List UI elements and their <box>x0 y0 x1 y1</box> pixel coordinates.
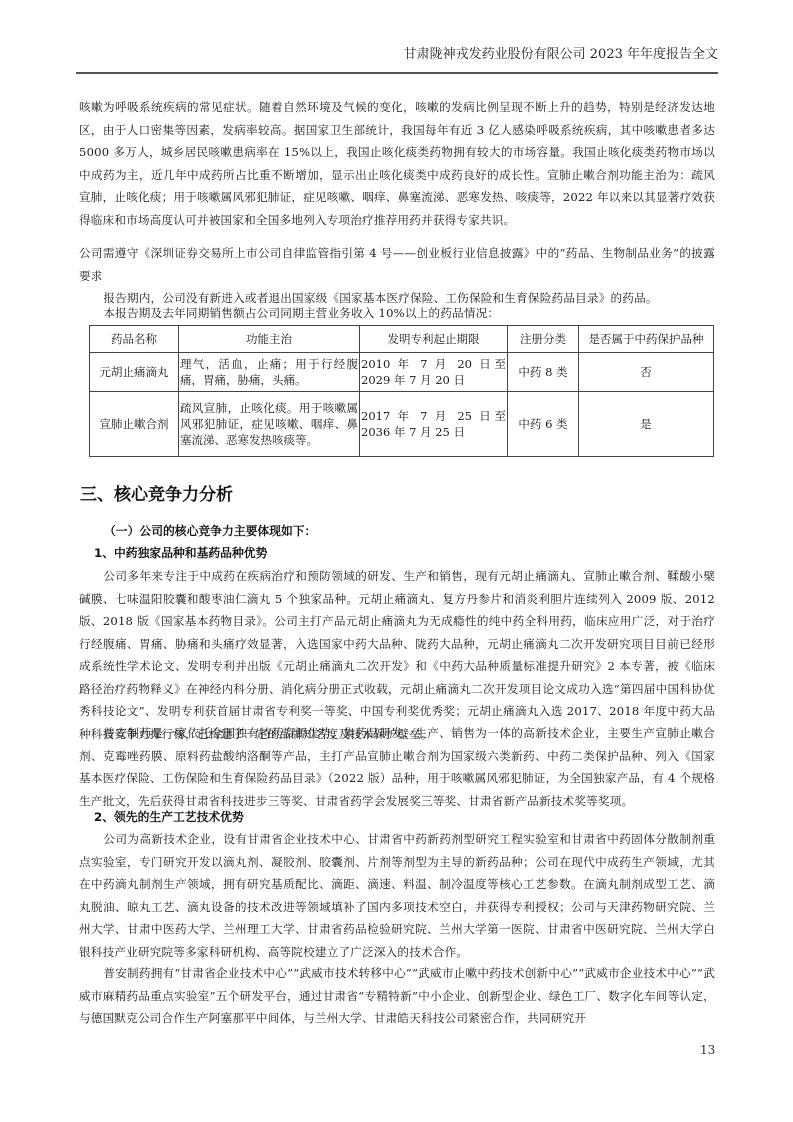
item1-paragraph-1: 公司多年来专注于中成药在疾病治疗和预防领域的研发、生产和销售，现有元胡止痛滴丸、… <box>79 565 715 745</box>
drug-sales-table: 药品名称 功能主治 发明专利起止期限 注册分类 是否属于中药保护品种 元胡止痛滴… <box>89 325 714 457</box>
cell-registration: 中药 8 类 <box>508 353 579 392</box>
disclosure-note: 公司需遵守《深圳证券交易所上市公司自律监管指引第 4 号——创业板行业信息披露》… <box>79 242 715 287</box>
subsection-title: （一）公司的核心竞争力主要体现如下： <box>104 522 316 539</box>
table-row: 元胡止痛滴丸 理气，活血，止痛；用于行经腹痛，胃痛，胁痛，头痛。 2010 年 … <box>90 353 714 392</box>
cell-patent-period: 2010 年 7 月 20 日至 2029 年 7 月 20 日 <box>360 353 508 392</box>
cell-registration: 中药 6 类 <box>508 392 579 457</box>
header-cell-indication: 功能主治 <box>179 326 360 353</box>
header-cell-drug-name: 药品名称 <box>90 326 179 353</box>
running-header: 甘肃陇神戎发药业股份有限公司 2023 年年度报告全文 <box>76 46 718 64</box>
header-cell-patent-period: 发明专利起止期限 <box>360 326 508 353</box>
item2-paragraph-1: 公司为高新技术企业，设有甘肃省企业技术中心、甘肃省中药新药剂型研究工程实验室和甘… <box>79 828 715 963</box>
item-title-1: 1、中药独家品种和基药品种优势 <box>94 544 267 561</box>
cell-drug-name: 元胡止痛滴丸 <box>90 353 179 392</box>
header-cell-registration: 注册分类 <box>508 326 579 353</box>
section-title: 三、核心竞争力分析 <box>80 480 233 505</box>
cell-drug-name: 宣肺止嗽合剂 <box>90 392 179 457</box>
cell-protected: 否 <box>579 353 714 392</box>
intro-paragraph: 咳嗽为呼吸系统疾病的常见症状。随着自然环境及气候的变化，咳嗽的发病比例呈现不断上… <box>79 96 715 231</box>
cell-patent-period: 2017 年 7 月 25 日至 2036 年 7 月 25 日 <box>360 392 508 457</box>
table-header-row: 药品名称 功能主治 发明专利起止期限 注册分类 是否属于中药保护品种 <box>90 326 714 353</box>
item-title-2: 2、领先的生产工艺技术优势 <box>94 808 244 825</box>
table-row: 宣肺止嗽合剂 疏风宣肺，止咳化痰。用于咳嗽属风邪犯肺证，症见咳嗽、咽痒、鼻塞流涕… <box>90 392 714 457</box>
cell-protected: 是 <box>579 392 714 457</box>
header-cell-protected: 是否属于中药保护品种 <box>579 326 714 353</box>
header-divider <box>76 72 718 74</box>
page-number: 13 <box>700 1043 715 1057</box>
table-intro: 本报告期及去年同期销售额占公司同期主营业务收入 10%以上的药品情况： <box>79 304 715 322</box>
item2-paragraph-2: 普安制药拥有“甘肃省企业技术中心”“武威市技术转移中心”“武威市止嗽中药技术创新… <box>79 962 715 1030</box>
item1-paragraph-2: 普安制药是一家依托全国独有特药资源优势，集药品研发、生产、销售为一体的高新技术企… <box>79 722 715 812</box>
cell-indication: 疏风宣肺，止咳化痰。用于咳嗽属风邪犯肺证，症见咳嗽、咽痒、鼻塞流涕、恶寒发热咳痰… <box>179 392 360 457</box>
cell-indication: 理气，活血，止痛；用于行经腹痛，胃痛，胁痛，头痛。 <box>179 353 360 392</box>
